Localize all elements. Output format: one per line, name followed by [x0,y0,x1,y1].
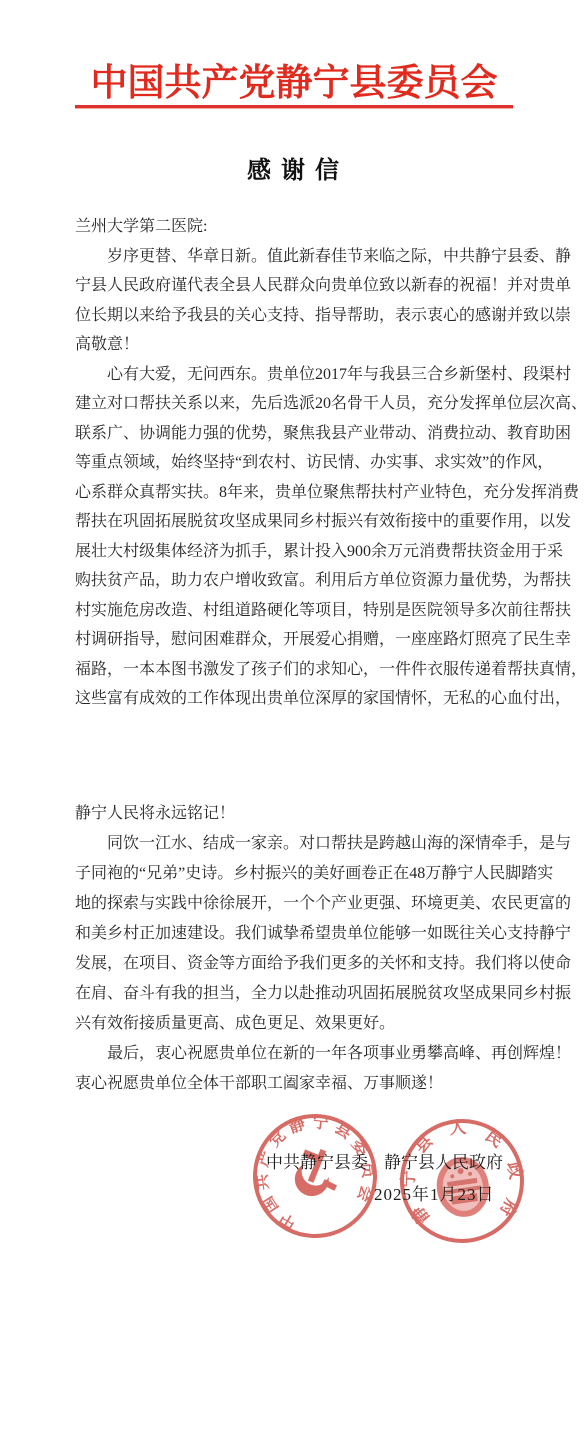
body-line: 静宁人民将永远铭记！ [75,799,513,829]
body-line: 在肩、奋斗有我的担当，全力以赴推动巩固拓展脱贫攻坚成果同乡村振 [75,979,513,1009]
body-line: 等重点领域，始终坚持“到农村、访民情、办实事、求实效”的作风， [75,448,513,478]
body-line: 高敬意！ [75,330,513,360]
body-line: 同饮一江水、结成一家亲。对口帮扶是跨越山海的深情牵手，是与 [75,829,513,859]
body-line: 购扶贫产品，助力农户增收致富。利用后方单位资源力量优势，为帮扶 [75,566,513,596]
letter-page: 中国共产党静宁县委员会 感 谢 信 兰州大学第二医院: 岁序更替、华章日新。值此… [0,0,588,1430]
party-committee-seal: 中国共产党静宁县委员会 [247,1108,383,1244]
body-line: 建立对口帮扶关系以来，先后选派20名骨干人员，充分发挥单位层次高、 [75,389,513,419]
letter-body-page1: 兰州大学第二医院: 岁序更替、华章日新。值此新春佳节来临之际，中共静宁县委、静 … [75,212,513,714]
recipient-line: 兰州大学第二医院: [75,212,513,242]
body-line: 兴有效衔接质量更高、成色更足、效果更好。 [75,1009,513,1039]
letter-body-page2: 静宁人民将永远铭记！ 同饮一江水、结成一家亲。对口帮扶是跨越山海的深情牵手，是与… [75,799,513,1099]
body-line: 这些富有成效的工作体现出贵单位深厚的家国情怀，无私的心血付出， [75,684,513,714]
body-line: 心有大爱，无问西东。贵单位2017年与我县三合乡新堡村、段渠村 [75,360,513,390]
government-seal: 静宁县人民政府 [394,1113,530,1249]
body-line: 衷心祝愿贵单位全体干部职工阖家幸福、万事顺遂！ [75,1069,513,1099]
body-line: 村调研指导，慰问困难群众，开展爱心捐赠，一座座路灯照亮了民生幸 [75,625,513,655]
body-line: 心系群众真帮实扶。8年来，贵单位聚焦帮扶村产业特色，充分发挥消费 [75,478,513,508]
body-line: 帮扶在巩固拓展脱贫攻坚成果同乡村振兴有效衔接中的重要作用，以发 [75,507,513,537]
letter-title: 感 谢 信 [0,150,588,185]
org-title: 中国共产党静宁县委员会 [0,52,588,106]
signer-left: 中共静宁县委 [266,1153,368,1173]
body-line: 村实施危房改造、村组道路硬化等项目，特别是医院领导多次前往帮扶 [75,596,513,626]
body-line: 最后，衷心祝愿贵单位在新的一年各项事业勇攀高峰、再创辉煌！ [75,1039,513,1069]
body-line: 和美乡村正加速建设。我们诚挚希望贵单位能够一如既往关心支持静宁 [75,919,513,949]
signature-date: 2025年1月23日 [374,1185,495,1205]
body-line: 福路，一本本图书激发了孩子们的求知心，一件件衣服传递着帮扶真情， [75,655,513,685]
body-line: 位长期以来给予我县的关心支持、指导帮助，表示衷心的感谢并致以崇 [75,301,513,331]
body-line: 宁县人民政府谨代表全县人民群众向贵单位致以新春的祝福！并对贵单 [75,271,513,301]
body-line: 联系广、协调能力强的优势，聚焦我县产业带动、消费拉动、教育助困 [75,419,513,449]
signer-right: 静宁县人民政府 [384,1153,503,1173]
body-line: 子同袍的“兄弟”史诗。乡村振兴的美好画卷正在48万静宁人民脚踏实 [75,859,513,889]
body-line: 发展，在项目、资金等方面给予我们更多的关怀和支持。我们将以使命 [75,949,513,979]
body-line: 岁序更替、华章日新。值此新春佳节来临之际，中共静宁县委、静 [75,242,513,272]
body-line: 地的探索与实践中徐徐展开，一个个产业更强、环境更美、农民更富的 [75,889,513,919]
header-divider [75,105,513,109]
body-line: 展壮大村级集体经济为抓手，累计投入900余万元消费帮扶资金用于采 [75,537,513,567]
